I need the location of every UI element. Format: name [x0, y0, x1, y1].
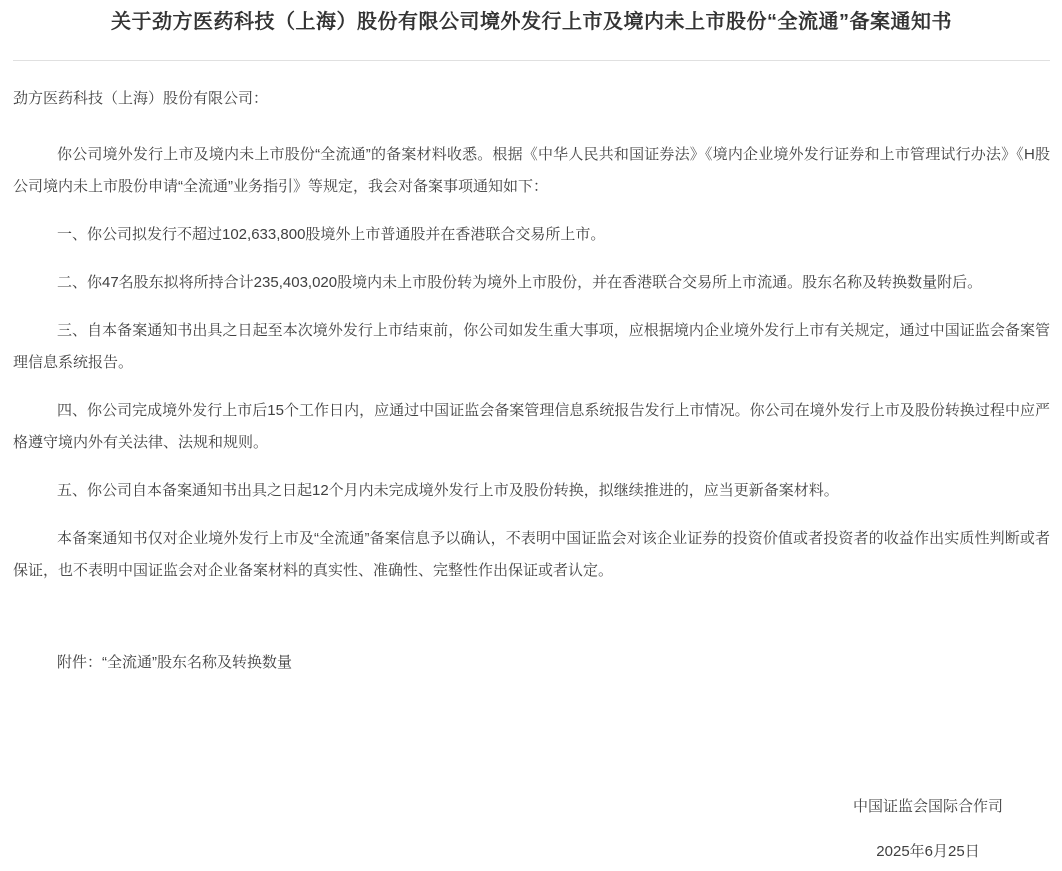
notice-document-page: 关于劲方医药科技（上海）股份有限公司境外发行上市及境内未上市股份“全流通”备案通…	[0, 0, 1062, 871]
intro-paragraph: 你公司境外发行上市及境内未上市股份“全流通”的备案材料收悉。根据《中华人民共和国…	[13, 139, 1050, 203]
issue-date: 2025年6月25日	[818, 836, 1038, 868]
notice-items: 一、你公司拟发行不超过102,633,800股境外上市普通股并在香港联合交易所上…	[13, 219, 1050, 507]
signature-block: 中国证监会国际合作司 2025年6月25日	[818, 791, 1038, 868]
notice-item-5: 五、你公司自本备案通知书出具之日起12个月内未完成境外发行上市及股份转换，拟继续…	[13, 475, 1050, 507]
notice-item-2: 二、你47名股东拟将所持合计235,403,020股境内未上市股份转为境外上市股…	[13, 267, 1050, 299]
document-title: 关于劲方医药科技（上海）股份有限公司境外发行上市及境内未上市股份“全流通”备案通…	[13, 10, 1050, 34]
notice-item-4: 四、你公司完成境外发行上市后15个工作日内，应通过中国证监会备案管理信息系统报告…	[13, 395, 1050, 459]
notice-item-3: 三、自本备案通知书出具之日起至本次境外发行上市结束前，你公司如发生重大事项，应根…	[13, 315, 1050, 379]
title-divider	[13, 60, 1050, 61]
notice-item-1: 一、你公司拟发行不超过102,633,800股境外上市普通股并在香港联合交易所上…	[13, 219, 1050, 251]
signer-name: 中国证监会国际合作司	[818, 791, 1038, 823]
disclaimer-paragraph: 本备案通知书仅对企业境外发行上市及“全流通”备案信息予以确认，不表明中国证监会对…	[13, 523, 1050, 587]
addressee-line: 劲方医药科技（上海）股份有限公司：	[13, 83, 1050, 115]
attachment-line: 附件：“全流通”股东名称及转换数量	[13, 647, 1050, 679]
